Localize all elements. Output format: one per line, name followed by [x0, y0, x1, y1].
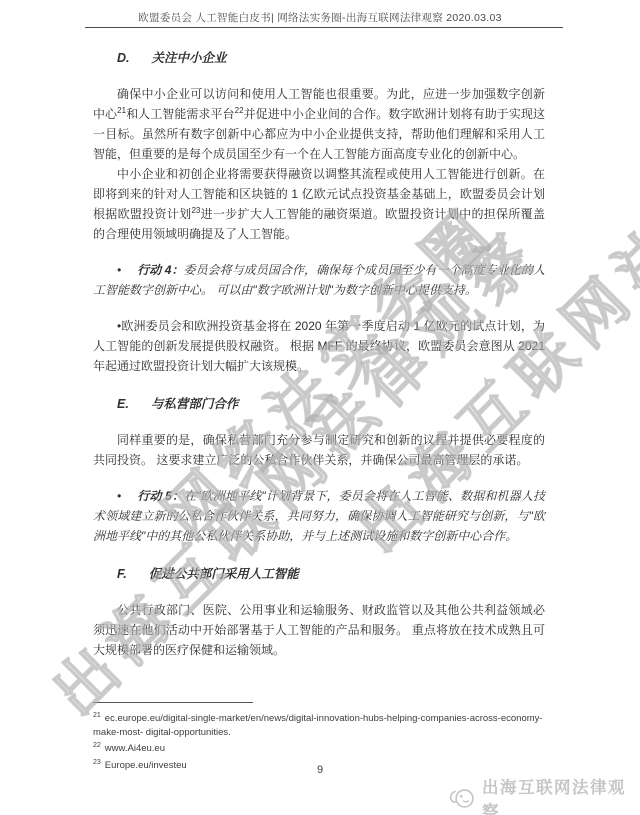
- footnote-ref: 22: [235, 106, 244, 115]
- paragraph: 公共行政部门、医院、公用事业和运输服务、财政监管以及其他公共利益领域必须迅速在他…: [93, 600, 545, 660]
- text-run: 同样重要的是，确保私营部门充分参与制定研究和创新的议程并提供必要程度的共同投资。…: [93, 433, 545, 467]
- paragraph: 同样重要的是，确保私营部门充分参与制定研究和创新的议程并提供必要程度的共同投资。…: [93, 430, 545, 470]
- section-heading-d: D.关注中小企业: [93, 48, 545, 68]
- bullet-glyph: •: [117, 263, 121, 277]
- text-run: 公共行政部门、医院、公用事业和运输服务、财政监管以及其他公共利益领域必须迅速在他…: [93, 603, 545, 657]
- bullet-glyph: •: [117, 489, 121, 503]
- text-run: 和人工智能需求平台: [126, 107, 235, 121]
- document-body: D.关注中小企业确保中小企业可以访问和使用人工智能也很重要。为此，应进一步加强数…: [93, 48, 545, 660]
- section-title: 与私营部门合作: [151, 397, 239, 411]
- footnote-22: 22www.Ai4eu.eu: [93, 739, 553, 756]
- section-letter: D.: [117, 51, 130, 65]
- action-label: 行动 5：: [137, 489, 184, 503]
- section-letter: E.: [117, 397, 129, 411]
- section-title: 关注中小企业: [152, 51, 227, 65]
- section-heading-e: E.与私营部门合作: [93, 394, 545, 414]
- footnote-21: 21ec.europe.eu/digital-single-market/en/…: [93, 709, 553, 739]
- footnotes: 21ec.europe.eu/digital-single-market/en/…: [93, 702, 553, 772]
- paragraph: 中小企业和初创企业将需要获得融资以调整其流程或使用人工智能进行创新。在即将到来的…: [93, 164, 545, 244]
- brand-watermark: 出海互联网法律观察: [447, 774, 640, 815]
- section-title: 促进公共部门采用人工智能: [149, 567, 299, 581]
- footnote-text: www.Ai4eu.eu: [105, 743, 165, 754]
- text-run: 欧洲委员会和欧洲投资基金将在 2020 年第一季度启动 1 亿欧元的试点计划，为…: [93, 319, 545, 373]
- bullet-item: •行动 5：在"欧洲地平线"计划背景下，委员会将在人工智能、数据和机器人技术领域…: [93, 486, 545, 546]
- document-page: 欧盟委员会 人工智能白皮书| 网络法实务圈-出海互联网法律观察 2020.03.…: [0, 0, 640, 815]
- brand-logo-icon: [447, 785, 477, 812]
- bullet-item: •欧洲委员会和欧洲投资基金将在 2020 年第一季度启动 1 亿欧元的试点计划，…: [93, 316, 545, 376]
- section-letter: F.: [117, 567, 127, 581]
- footnote-number: 21: [93, 712, 101, 719]
- section-heading-f: F.促进公共部门采用人工智能: [93, 564, 545, 584]
- paragraph: 确保中小企业可以访问和使用人工智能也很重要。为此，应进一步加强数字创新中心21和…: [93, 84, 545, 164]
- footnote-rule: [93, 702, 253, 703]
- page-header: 欧盟委员会 人工智能白皮书| 网络法实务圈-出海互联网法律观察 2020.03.…: [0, 10, 640, 25]
- brand-text: 出海互联网法律观察: [482, 774, 640, 815]
- header-rule: [85, 27, 563, 28]
- action-label: 行动 4：: [137, 263, 183, 277]
- footnote-text: ec.europe.eu/digital-single-market/en/ne…: [93, 713, 543, 738]
- bullet-item: •行动 4：委员会将与成员国合作，确保每个成员国至少有一个高度专业化的人工智能数…: [93, 260, 545, 300]
- footnote-number: 22: [93, 742, 101, 749]
- footnote-ref: 21: [117, 106, 126, 115]
